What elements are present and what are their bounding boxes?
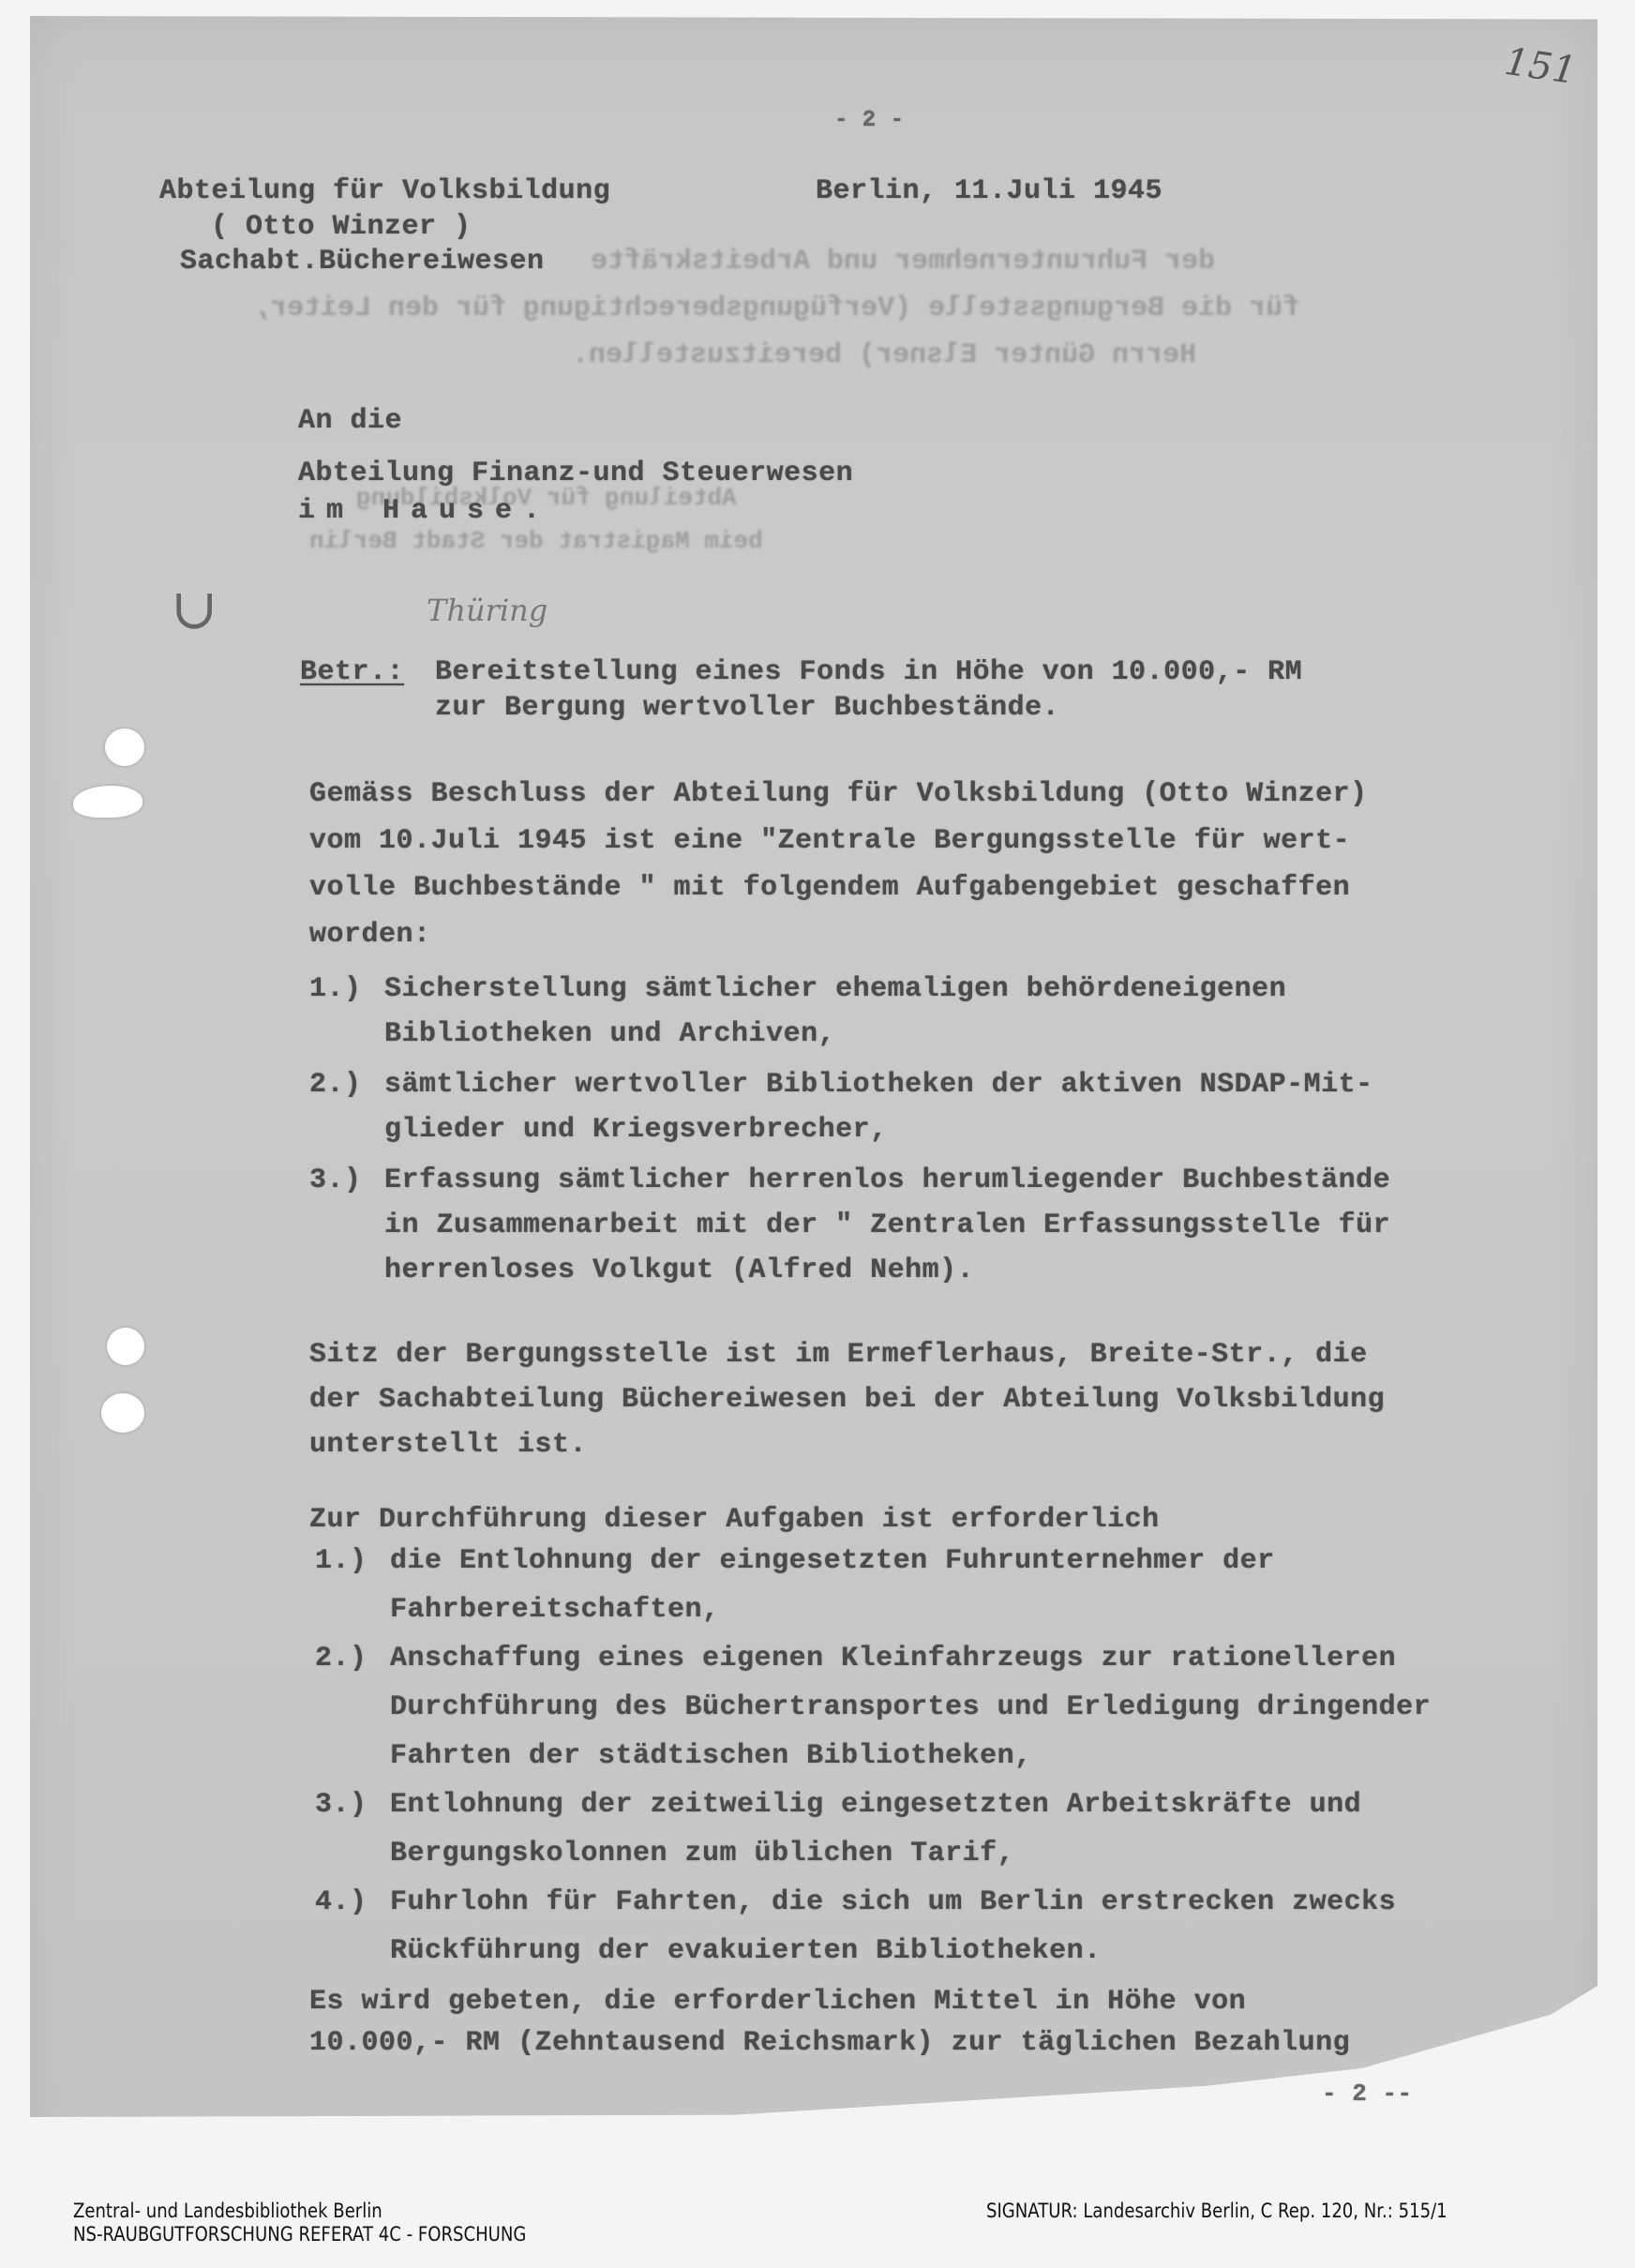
bleed-through-line: Herrn Günter Elsner) bereitzustellen.	[572, 339, 1196, 371]
subject-line: Bereitstellung eines Fonds in Höhe von 1…	[435, 656, 1302, 688]
requirement-number: 1.)	[315, 1545, 367, 1577]
requirement-number: 3.)	[315, 1789, 367, 1821]
bleed-through-line: beim Magistrat der Stadt Berlin	[309, 527, 763, 555]
page-marker-top: - 2 -	[834, 108, 905, 133]
requirement-line: Entlohnung der zeitweilig eingesetzten A…	[390, 1789, 1361, 1821]
closing-line: Es wird gebeten, die erforderlichen Mitt…	[309, 1986, 1246, 2018]
punch-hole	[105, 728, 144, 766]
sender-person: ( Otto Winzer )	[211, 211, 472, 243]
requirement-line: Fahrten der städtischen Bibliotheken,	[390, 1740, 1032, 1772]
requirement-line: Anschaffung eines eigenen Kleinfahrzeugs…	[390, 1643, 1396, 1675]
handwritten-note: Thüring	[427, 593, 547, 628]
punch-hole-torn	[73, 786, 142, 818]
task-line: herrenloses Volkgut (Alfred Nehm).	[384, 1254, 974, 1286]
paragraph-line: vom 10.Juli 1945 ist eine "Zentrale Berg…	[309, 825, 1350, 857]
requirement-number: 2.)	[315, 1643, 367, 1675]
requirement-number: 4.)	[315, 1886, 367, 1918]
requirement-line: Fuhrlohn für Fahrten, die sich um Berlin…	[390, 1886, 1396, 1918]
sender-subdivision: Sachabt.Büchereiwesen	[180, 246, 545, 278]
task-number: 1.)	[309, 973, 362, 1005]
bleed-through-line: für die Bergungsstelle (Verfügungsberech…	[253, 293, 1299, 324]
task-line: Erfassung sämtlicher herrenlos herumlieg…	[384, 1164, 1390, 1196]
punch-hole	[107, 1328, 144, 1365]
punch-hole-torn	[101, 1393, 144, 1433]
bleed-through-line: der Fuhrunternehmer und Arbeitskräfte	[591, 246, 1215, 278]
place-date: Berlin, 11.Juli 1945	[816, 175, 1162, 207]
requirement-line: Durchführung des Büchertransportes und E…	[390, 1691, 1431, 1723]
paragraph-line: der Sachabteilung Büchereiwesen bei der …	[309, 1384, 1385, 1416]
task-line: Sicherstellung sämtlicher ehemaligen beh…	[384, 973, 1286, 1005]
paragraph-line: worden:	[309, 919, 431, 951]
requirement-line: Fahrbereitschaften,	[390, 1594, 720, 1626]
requirement-line: die Entlohnung der eingesetzten Fuhrunte…	[390, 1545, 1275, 1577]
recipient-location: im Hause.	[298, 495, 551, 527]
requirement-line: Rückführung der evakuierten Bibliotheken…	[390, 1935, 1102, 1967]
sender-department: Abteilung für Volksbildung	[159, 175, 610, 207]
requirement-line: Bergungskolonnen zum üblichen Tarif,	[390, 1838, 1014, 1870]
paragraph-line: volle Buchbestände " mit folgendem Aufga…	[309, 872, 1350, 904]
footer-department: NS-RAUBGUTFORSCHUNG REFERAT 4C - FORSCHU…	[73, 2223, 526, 2246]
task-line: Bibliotheken und Archiven,	[384, 1018, 835, 1050]
page-marker-bottom: - 2 --	[1322, 2080, 1413, 2108]
subject-line: zur Bergung wertvoller Buchbestände.	[435, 692, 1059, 724]
closing-line: 10.000,- RM (Zehntausend Reichsmark) zur…	[309, 2027, 1350, 2059]
recipient-salutation: An die	[298, 405, 402, 437]
paragraph-line: unterstellt ist.	[309, 1429, 587, 1461]
recipient-department: Abteilung Finanz-und Steuerwesen	[298, 458, 853, 489]
task-line: sämtlicher wertvoller Bibliotheken der a…	[384, 1069, 1373, 1101]
task-number: 3.)	[309, 1164, 362, 1196]
subject-label: Betr.:	[300, 656, 404, 688]
requirements-intro: Zur Durchführung dieser Aufgaben ist erf…	[309, 1504, 1160, 1536]
task-number: 2.)	[309, 1069, 362, 1101]
footer-library: Zentral- und Landesbibliothek Berlin	[73, 2200, 382, 2223]
handwritten-check-mark: ∪	[171, 577, 217, 642]
task-line: in Zusammenarbeit mit der " Zentralen Er…	[384, 1209, 1390, 1241]
paragraph-line: Sitz der Bergungsstelle ist im Ermeflerh…	[309, 1339, 1368, 1371]
task-line: glieder und Kriegsverbrecher,	[384, 1114, 888, 1146]
footer-signature: SIGNATUR: Landesarchiv Berlin, C Rep. 12…	[986, 2200, 1447, 2223]
paragraph-line: Gemäss Beschluss der Abteilung für Volks…	[309, 778, 1368, 810]
